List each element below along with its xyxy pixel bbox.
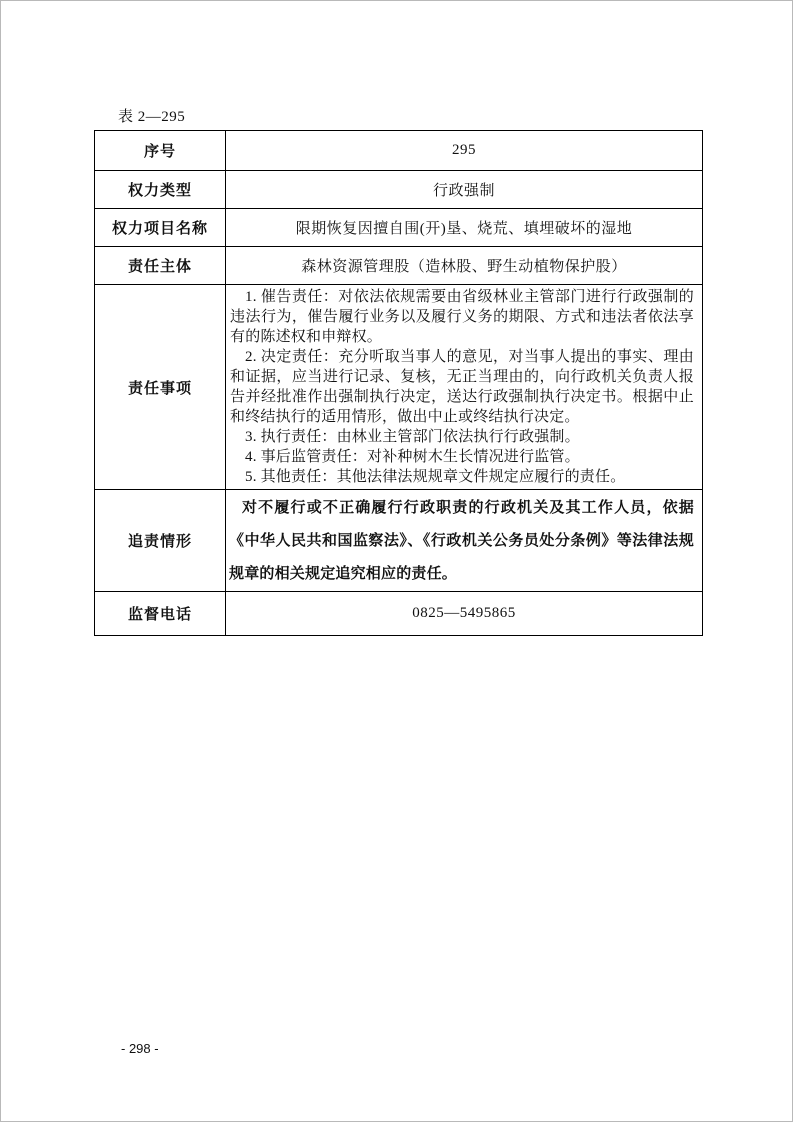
responsibility-items-value: 1. 催告责任：对依法依规需要由省级林业主管部门进行行政强制的违法行为，催告履行… (226, 285, 703, 490)
supervision-phone-value: 0825—5495865 (226, 592, 703, 636)
table-row: 权力类型 行政强制 (95, 171, 703, 209)
table-row: 序号 295 (95, 131, 703, 171)
responsibility-item-2: 2. 决定责任：充分听取当事人的意见，对当事人提出的事实、理由和证据，应当进行记… (230, 347, 694, 427)
responsible-entity-value: 森林资源管理股（造林股、野生动植物保护股） (226, 247, 703, 285)
table-row: 权力项目名称 限期恢复因擅自围(开)垦、烧荒、填埋破坏的湿地 (95, 209, 703, 247)
responsibility-item-4: 4. 事后监管责任：对补种树木生长情况进行监管。 (230, 447, 694, 467)
page-number: - 298 - (121, 1041, 159, 1056)
power-type-value: 行政强制 (226, 171, 703, 209)
responsibility-item-5: 5. 其他责任：其他法律法规规章文件规定应履行的责任。 (230, 467, 694, 487)
serial-number-value: 295 (226, 131, 703, 171)
row-label-accountability-situations: 追责情形 (95, 490, 226, 592)
row-label-responsibility-items: 责任事项 (95, 285, 226, 490)
responsibility-item-1: 1. 催告责任：对依法依规需要由省级林业主管部门进行行政强制的违法行为，催告履行… (230, 287, 694, 347)
row-label-supervision-phone: 监督电话 (95, 592, 226, 636)
table-row: 责任主体 森林资源管理股（造林股、野生动植物保护股） (95, 247, 703, 285)
row-label-power-item-name: 权力项目名称 (95, 209, 226, 247)
row-label-power-type: 权力类型 (95, 171, 226, 209)
row-label-serial-number: 序号 (95, 131, 226, 171)
accountability-paragraph: 对不履行或不正确履行行政职责的行政机关及其工作人员，依据《中华人民共和国监察法》… (229, 491, 694, 590)
table-row: 责任事项 1. 催告责任：对依法依规需要由省级林业主管部门进行行政强制的违法行为… (95, 285, 703, 490)
row-label-responsible-entity: 责任主体 (95, 247, 226, 285)
table-row: 追责情形 对不履行或不正确履行行政职责的行政机关及其工作人员，依据《中华人民共和… (95, 490, 703, 592)
power-item-name-value: 限期恢复因擅自围(开)垦、烧荒、填埋破坏的湿地 (226, 209, 703, 247)
responsibility-item-3: 3. 执行责任：由林业主管部门依法执行行政强制。 (230, 427, 694, 447)
accountability-situations-value: 对不履行或不正确履行行政职责的行政机关及其工作人员，依据《中华人民共和国监察法》… (226, 490, 703, 592)
table-caption: 表 2—295 (118, 105, 185, 126)
power-responsibility-table: 序号 295 权力类型 行政强制 权力项目名称 限期恢复因擅自围(开)垦、烧荒、… (94, 130, 703, 636)
document-page: 表 2—295 序号 295 权力类型 行政强制 权力项目名称 限期恢复因擅自围… (0, 0, 793, 1122)
table-row: 监督电话 0825—5495865 (95, 592, 703, 636)
